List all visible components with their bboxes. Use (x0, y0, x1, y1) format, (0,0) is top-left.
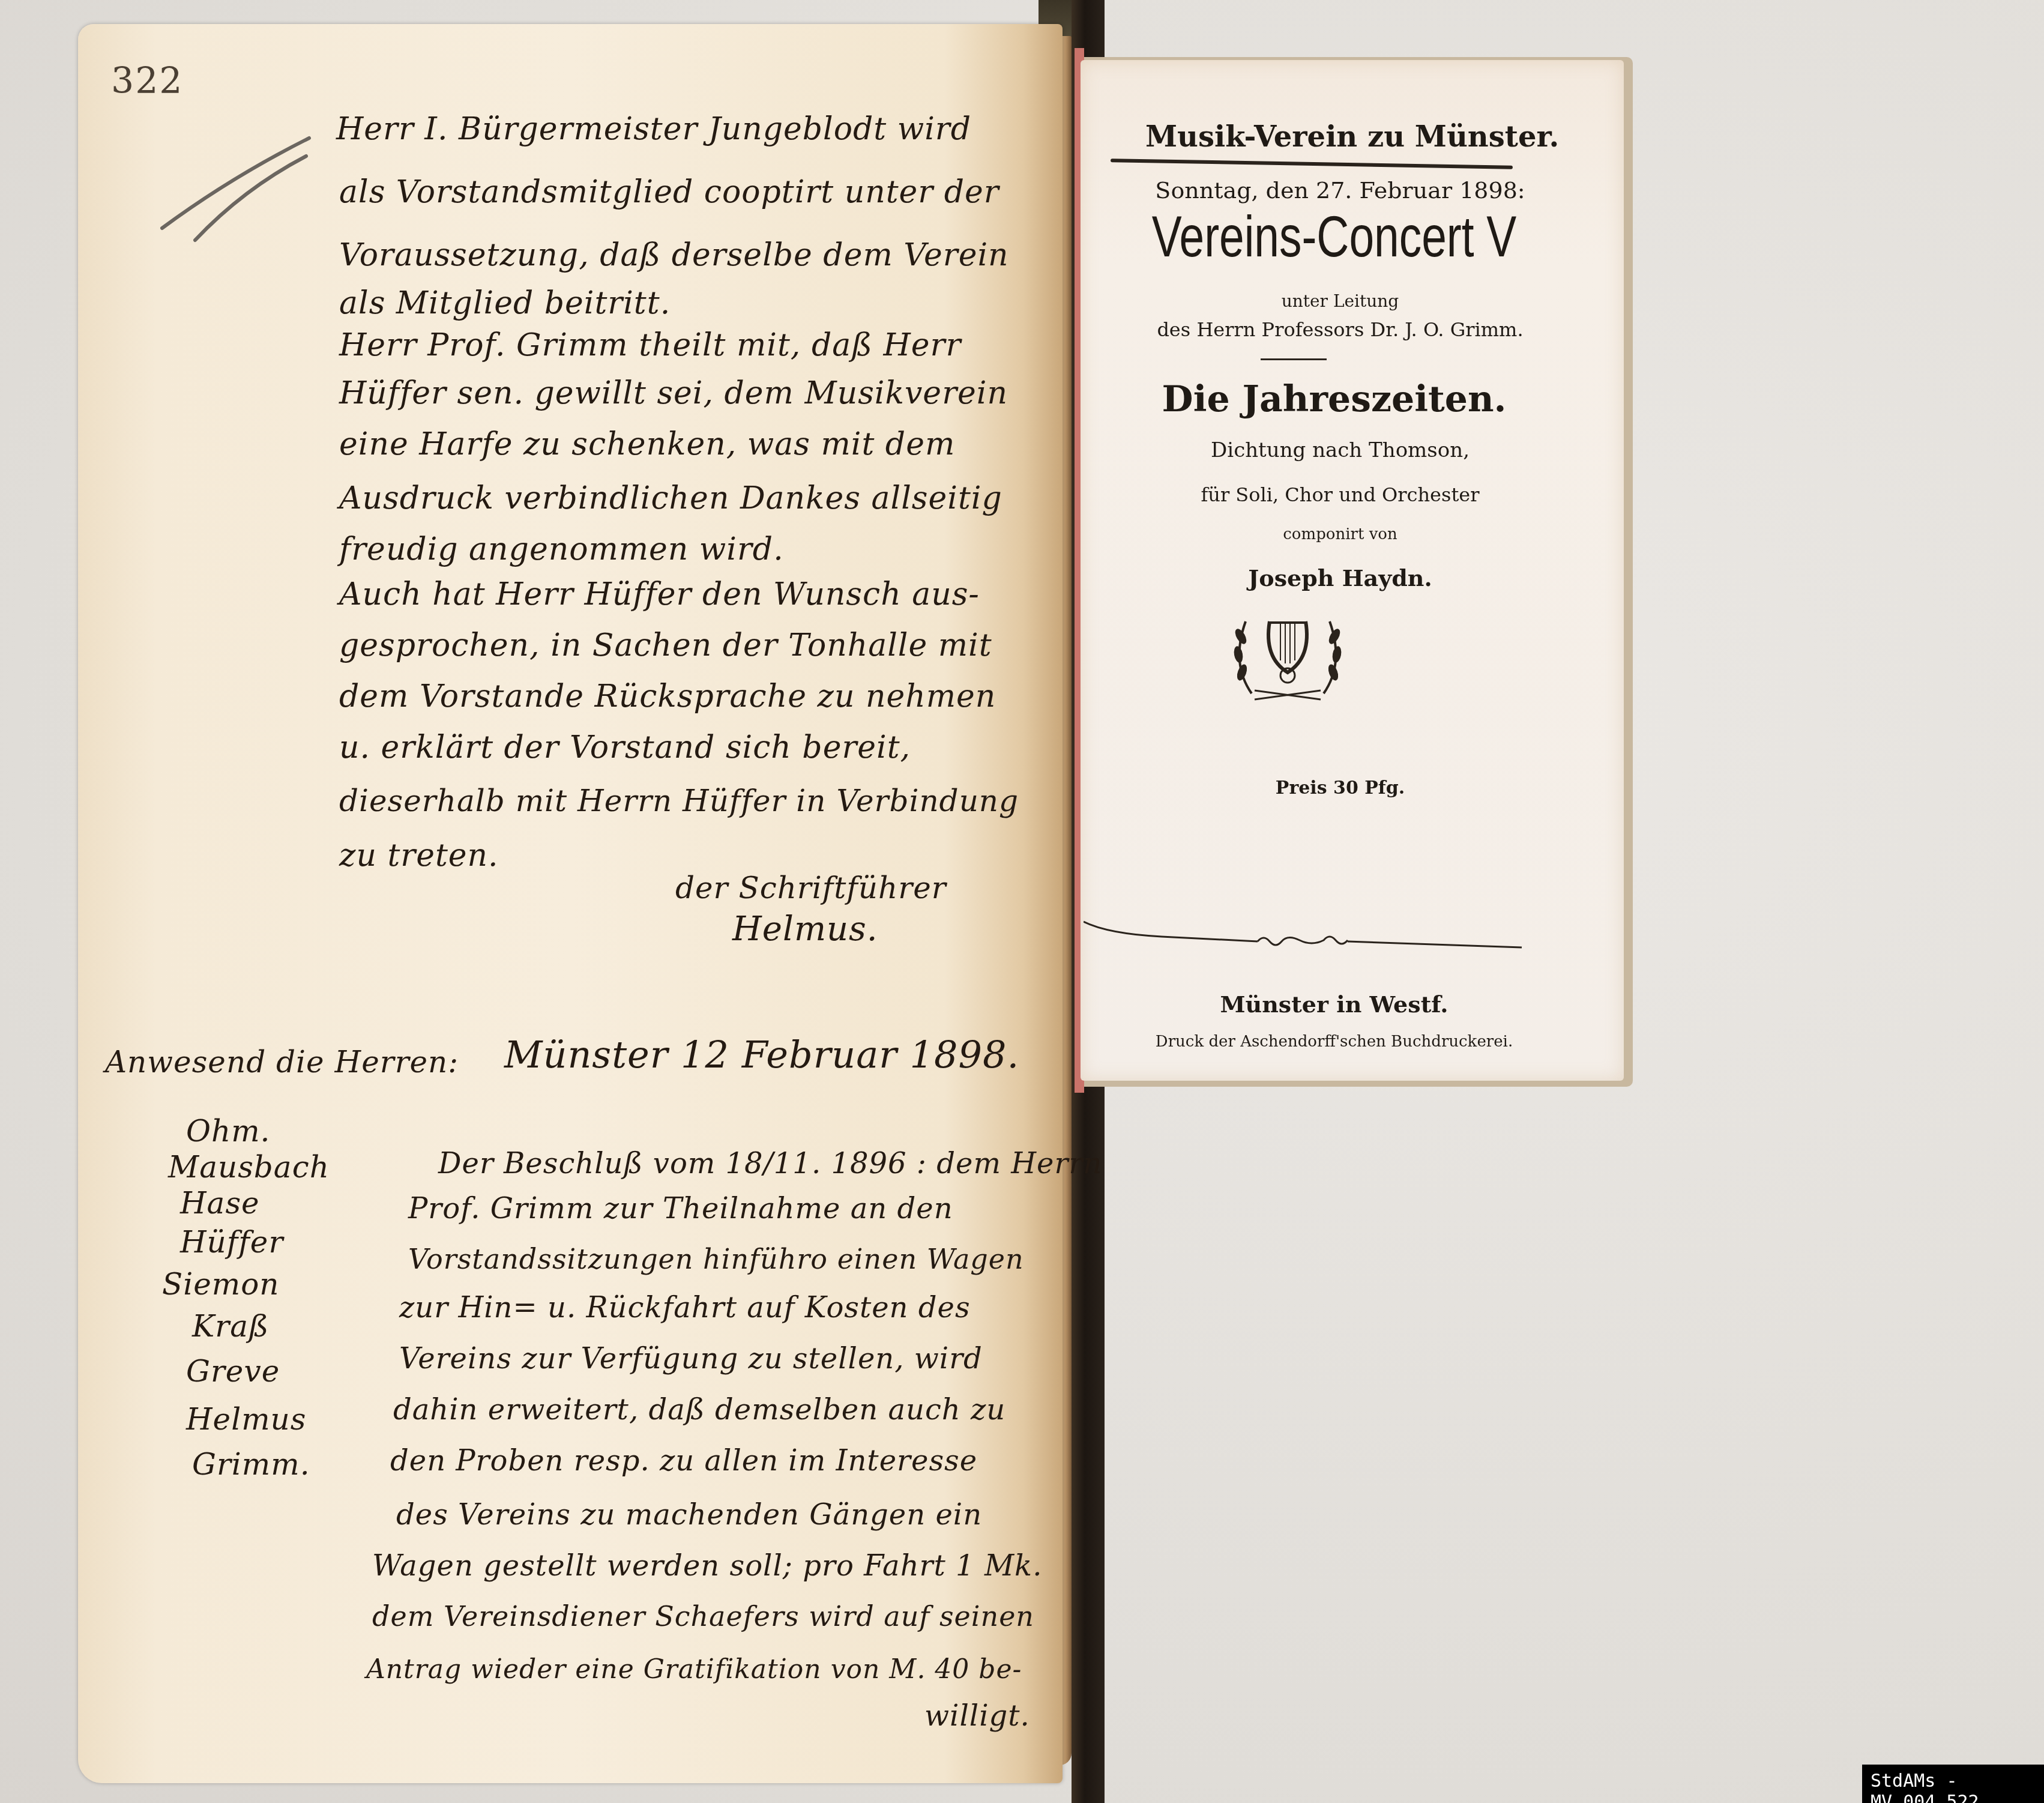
page-number: 322 (111, 60, 184, 102)
work-title: Die Jahreszeiten. (1063, 378, 1606, 420)
entry-line: willigt. (924, 1699, 1030, 1733)
attendance-label: Anwesend die Herren: (105, 1045, 459, 1080)
entry-line: Auch hat Herr Hüffer den Wunsch aus- (339, 576, 980, 612)
entry-line: als Vorstandsmitglied cooptirt unter der (339, 174, 999, 210)
entry-line: zu treten. (339, 838, 499, 874)
entry-line: dem Vorstande Rücksprache zu nehmen (339, 678, 996, 714)
signature-title: der Schriftführer (675, 871, 947, 905)
attendee: Greve (186, 1354, 280, 1389)
concert-program-booklet: Musik-Verein zu Münster. Sonntag, den 27… (1081, 60, 1624, 1081)
place-of-print: Münster in Westf. (1063, 991, 1606, 1018)
attendee: Grimm. (192, 1447, 310, 1482)
pencil-margin-mark-icon (159, 123, 315, 243)
entry-line: Wagen gestellt werden soll; pro Fahrt 1 … (372, 1549, 1042, 1583)
header-rule (1111, 159, 1513, 169)
printer-credit: Druck der Aschendorff'schen Buchdruckere… (1063, 1033, 1606, 1051)
entry-line: zur Hin= u. Rückfahrt auf Kosten des (399, 1291, 971, 1324)
signature-name: Helmus. (732, 910, 878, 949)
place-date-heading: Münster 12 Februar 1898. (504, 1033, 1019, 1077)
attendee: Helmus (186, 1402, 306, 1437)
attendee: Ohm. (186, 1114, 271, 1149)
concert-title: Vereins-Concert V (1123, 204, 1546, 270)
entry-line: Antrag wieder eine Gratifikation von M. … (366, 1654, 1022, 1685)
text-credit: Dichtung nach Thomson, (1069, 438, 1612, 462)
entry-line: Der Beschluß vom 18/11. 1896 : dem Herrn (438, 1147, 1102, 1180)
conductor: des Herrn Professors Dr. J. O. Grimm. (1069, 318, 1612, 341)
concert-date: Sonntag, den 27. Februar 1898: (1069, 177, 1612, 204)
entry-line: dahin erweitert, daß demselben auch zu (393, 1393, 1005, 1427)
entry-line: als Mitglied beitritt. (339, 285, 671, 321)
entry-line: Herr I. Bürgermeister Jungeblodt wird (336, 111, 971, 147)
entry-line: den Proben resp. zu allen im Interesse (390, 1444, 977, 1478)
entry-line: dieserhalb mit Herrn Hüffer in Verbindun… (339, 784, 1019, 818)
attendee: Hase (180, 1186, 260, 1221)
ornamental-rule-icon (1084, 919, 1528, 955)
entry-line: des Vereins zu machenden Gängen ein (396, 1498, 982, 1532)
entry-line: Hüffer sen. gewillt sei, dem Musikverein (339, 375, 1008, 411)
entry-line: eine Harfe zu schenken, was mit dem (339, 426, 955, 462)
attendee: Mausbach (168, 1150, 330, 1185)
entry-line: dem Vereinsdiener Schaefers wird auf sei… (372, 1600, 1034, 1632)
price: Preis 30 Pfg. (1069, 778, 1612, 799)
entry-line: Prof. Grimm zur Theilnahme an den (408, 1192, 953, 1225)
entry-line: Vereins zur Verfügung zu stellen, wird (399, 1342, 983, 1376)
attendee: Siemon (162, 1267, 280, 1302)
composed-by-label: componirt von (1069, 525, 1612, 543)
lyre-wreath-emblem-icon (1228, 603, 1348, 705)
entry-line: Herr Prof. Grimm theilt mit, daß Herr (339, 327, 961, 363)
society-name: Musik-Verein zu Münster. (1081, 120, 1624, 154)
attendee: Hüffer (180, 1225, 283, 1260)
entry-line: Vorstandssitzungen hinführo einen Wagen (408, 1243, 1024, 1275)
entry-line: u. erklärt der Vorstand sich bereit, (339, 729, 911, 766)
entry-line: Ausdruck verbindlichen Dankes allseitig (339, 480, 1002, 516)
archive-watermark: StdAMs - MV_004_522 (1862, 1765, 2044, 1803)
entry-line: Voraussetzung, daß derselbe dem Verein (339, 237, 1009, 273)
direction-label: unter Leitung (1069, 291, 1612, 311)
attendee: Kraß (192, 1309, 269, 1344)
divider-rule (1261, 358, 1327, 360)
composer: Joseph Haydn. (1069, 564, 1612, 591)
entry-line: freudig angenommen wird. (339, 531, 784, 567)
entry-line: gesprochen, in Sachen der Tonhalle mit (339, 627, 992, 663)
scoring: für Soli, Chor und Orchester (1069, 483, 1612, 506)
